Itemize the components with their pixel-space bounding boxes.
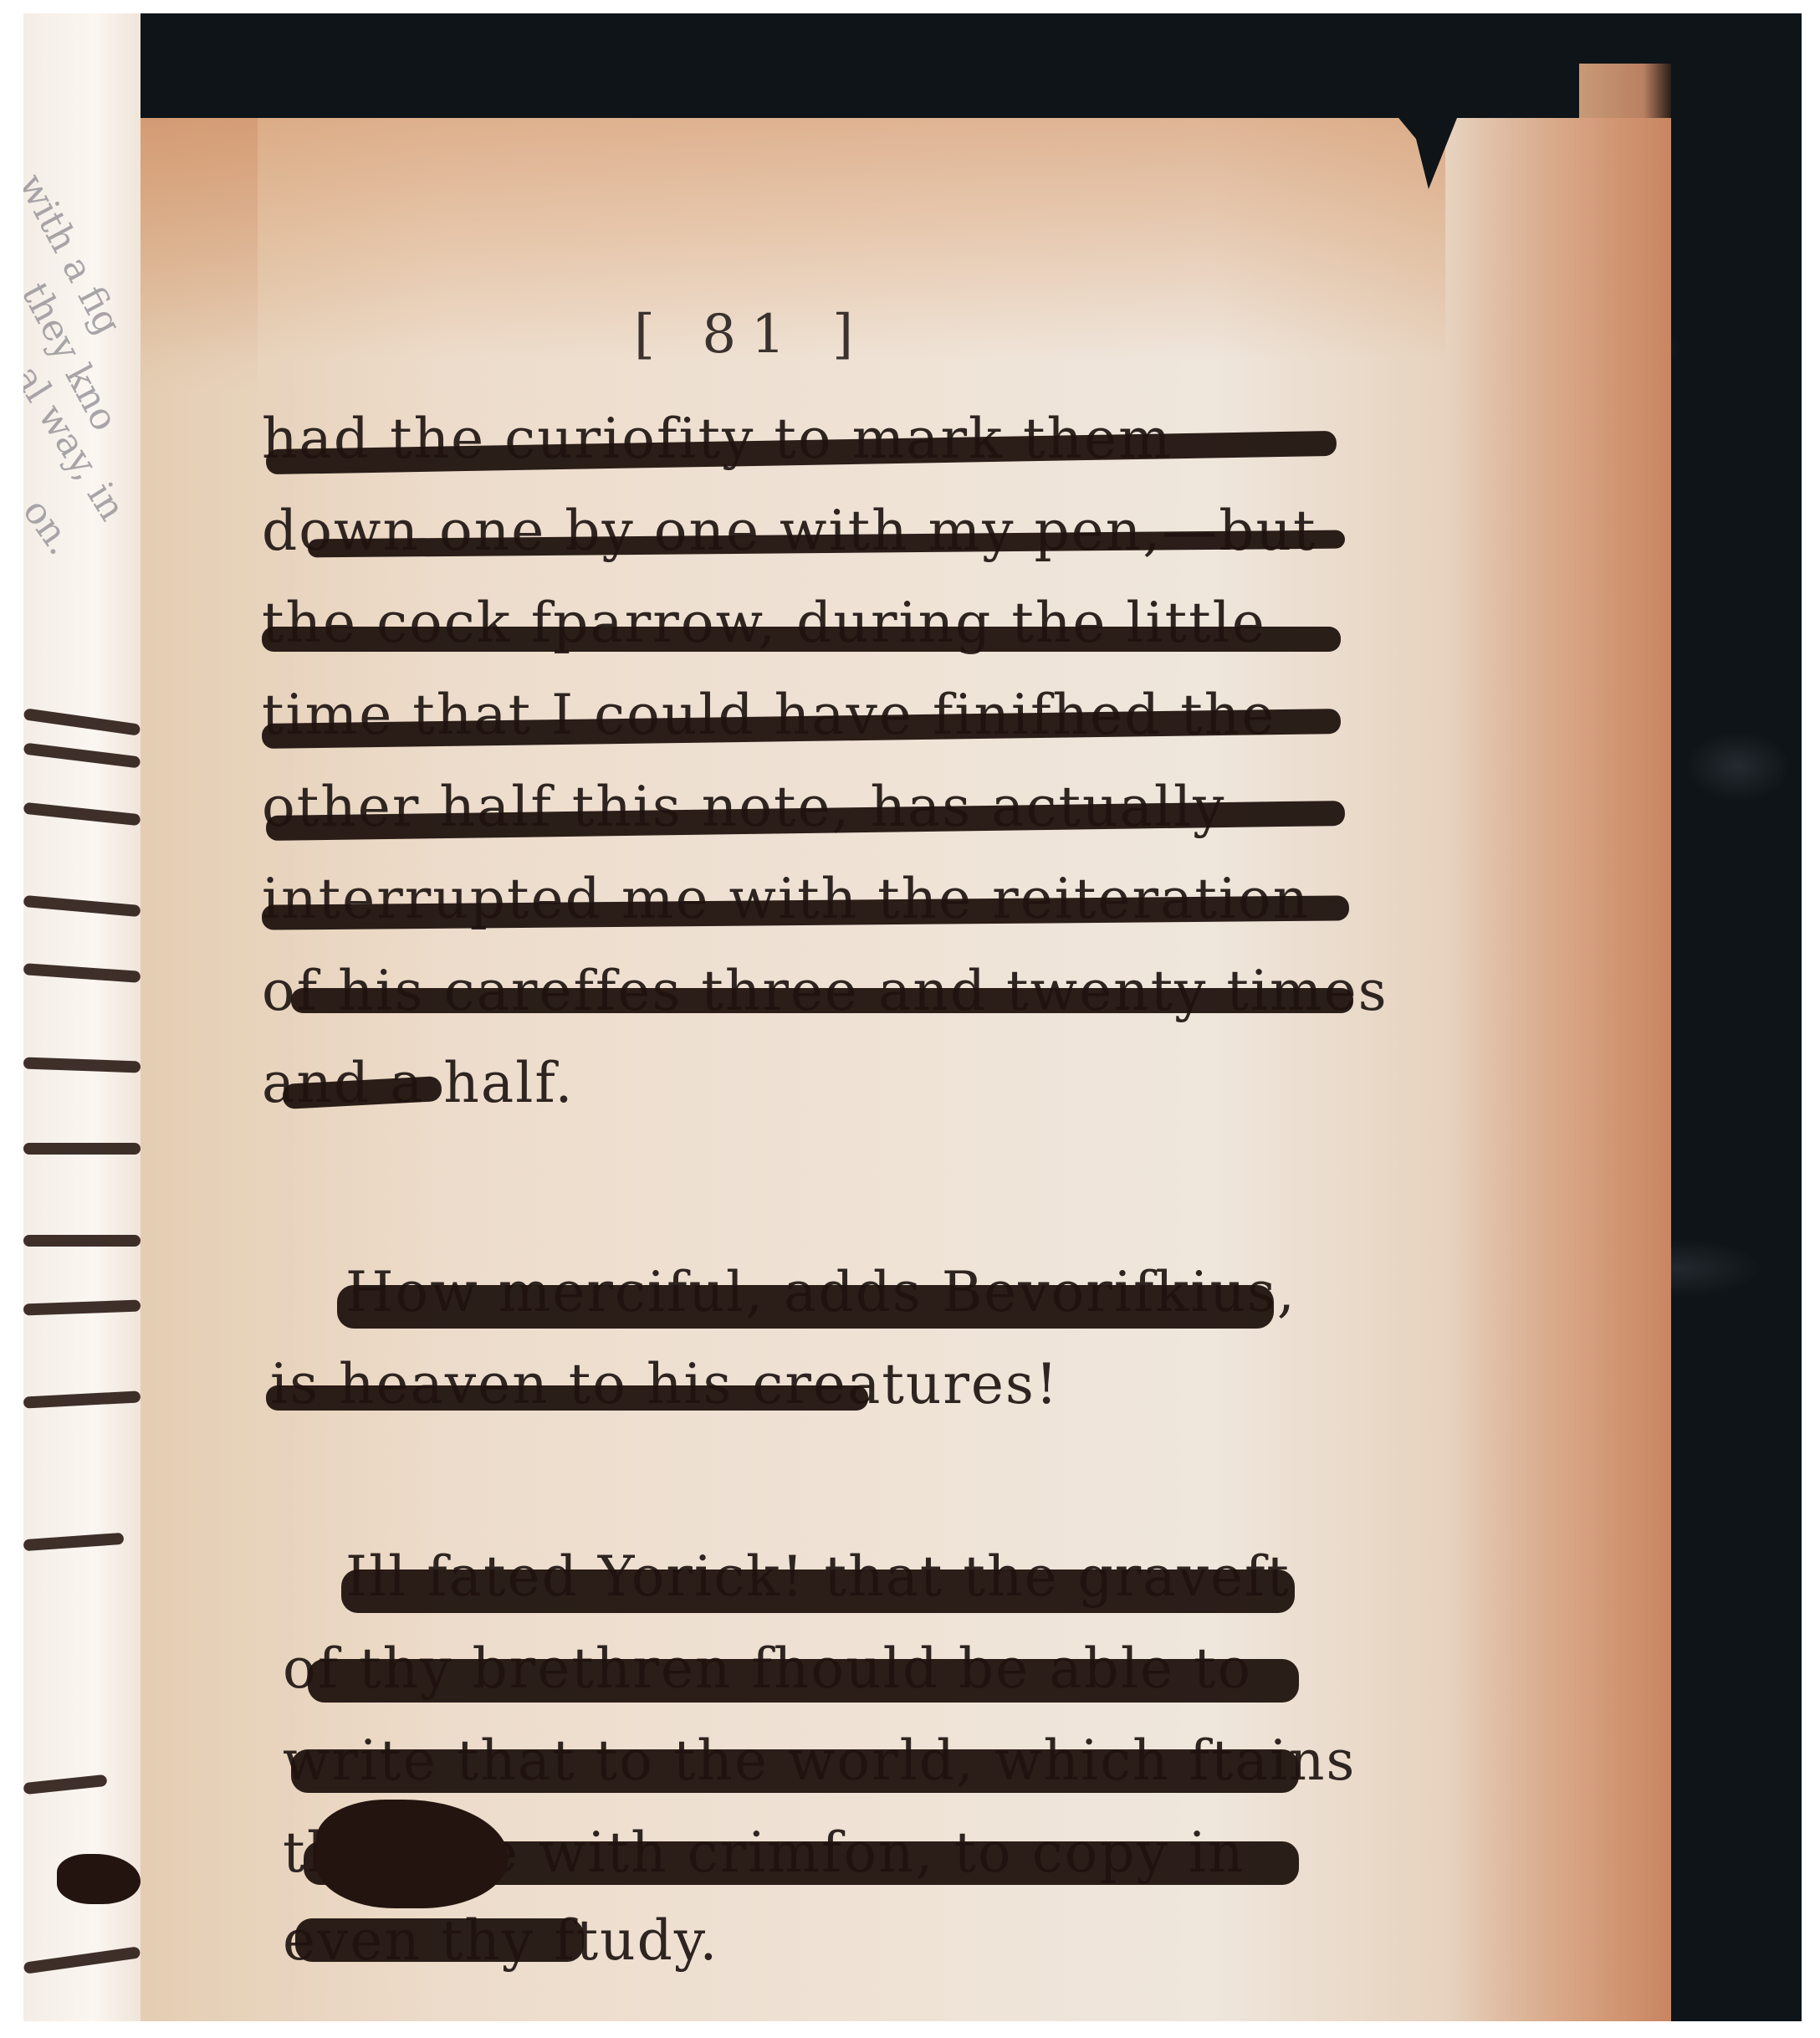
facing-strike [23, 1533, 124, 1551]
ink-strike [308, 1659, 1299, 1703]
facing-page: with a fig they kno al way, in on. [23, 13, 141, 2021]
ink-strike [266, 1385, 868, 1411]
ink-strike [295, 1918, 584, 1962]
facing-strike [23, 1774, 107, 1795]
facing-strike [23, 708, 141, 735]
ink-strike [341, 1569, 1295, 1613]
facing-strike [23, 1300, 141, 1316]
book-photo: with a fig they kno al way, in on. [ 81 … [23, 13, 1802, 2021]
ink-strike [291, 988, 1353, 1013]
facing-strike [23, 1235, 141, 1247]
ink-strike [262, 627, 1341, 652]
facing-strike [23, 1057, 141, 1073]
facing-strike [23, 895, 141, 917]
ink-blot [316, 1800, 509, 1908]
facing-strike [23, 1143, 141, 1155]
ink-strike [337, 1285, 1274, 1329]
facing-strike [23, 1390, 141, 1408]
page-number: [ 81 ] [634, 304, 868, 366]
facing-strike [23, 743, 141, 769]
facing-strike [23, 963, 141, 983]
ink-blot [57, 1854, 141, 1904]
ink-strike [291, 1749, 1299, 1793]
book-page: [ 81 ] had the curiofity to mark them do… [141, 118, 1671, 2021]
facing-strike [23, 1946, 141, 1974]
water-stain-left [141, 118, 258, 394]
facing-text-fragment: on. [23, 491, 82, 563]
facing-strike [23, 802, 141, 827]
dark-background [141, 13, 1378, 118]
water-stain-right [1454, 118, 1671, 2021]
